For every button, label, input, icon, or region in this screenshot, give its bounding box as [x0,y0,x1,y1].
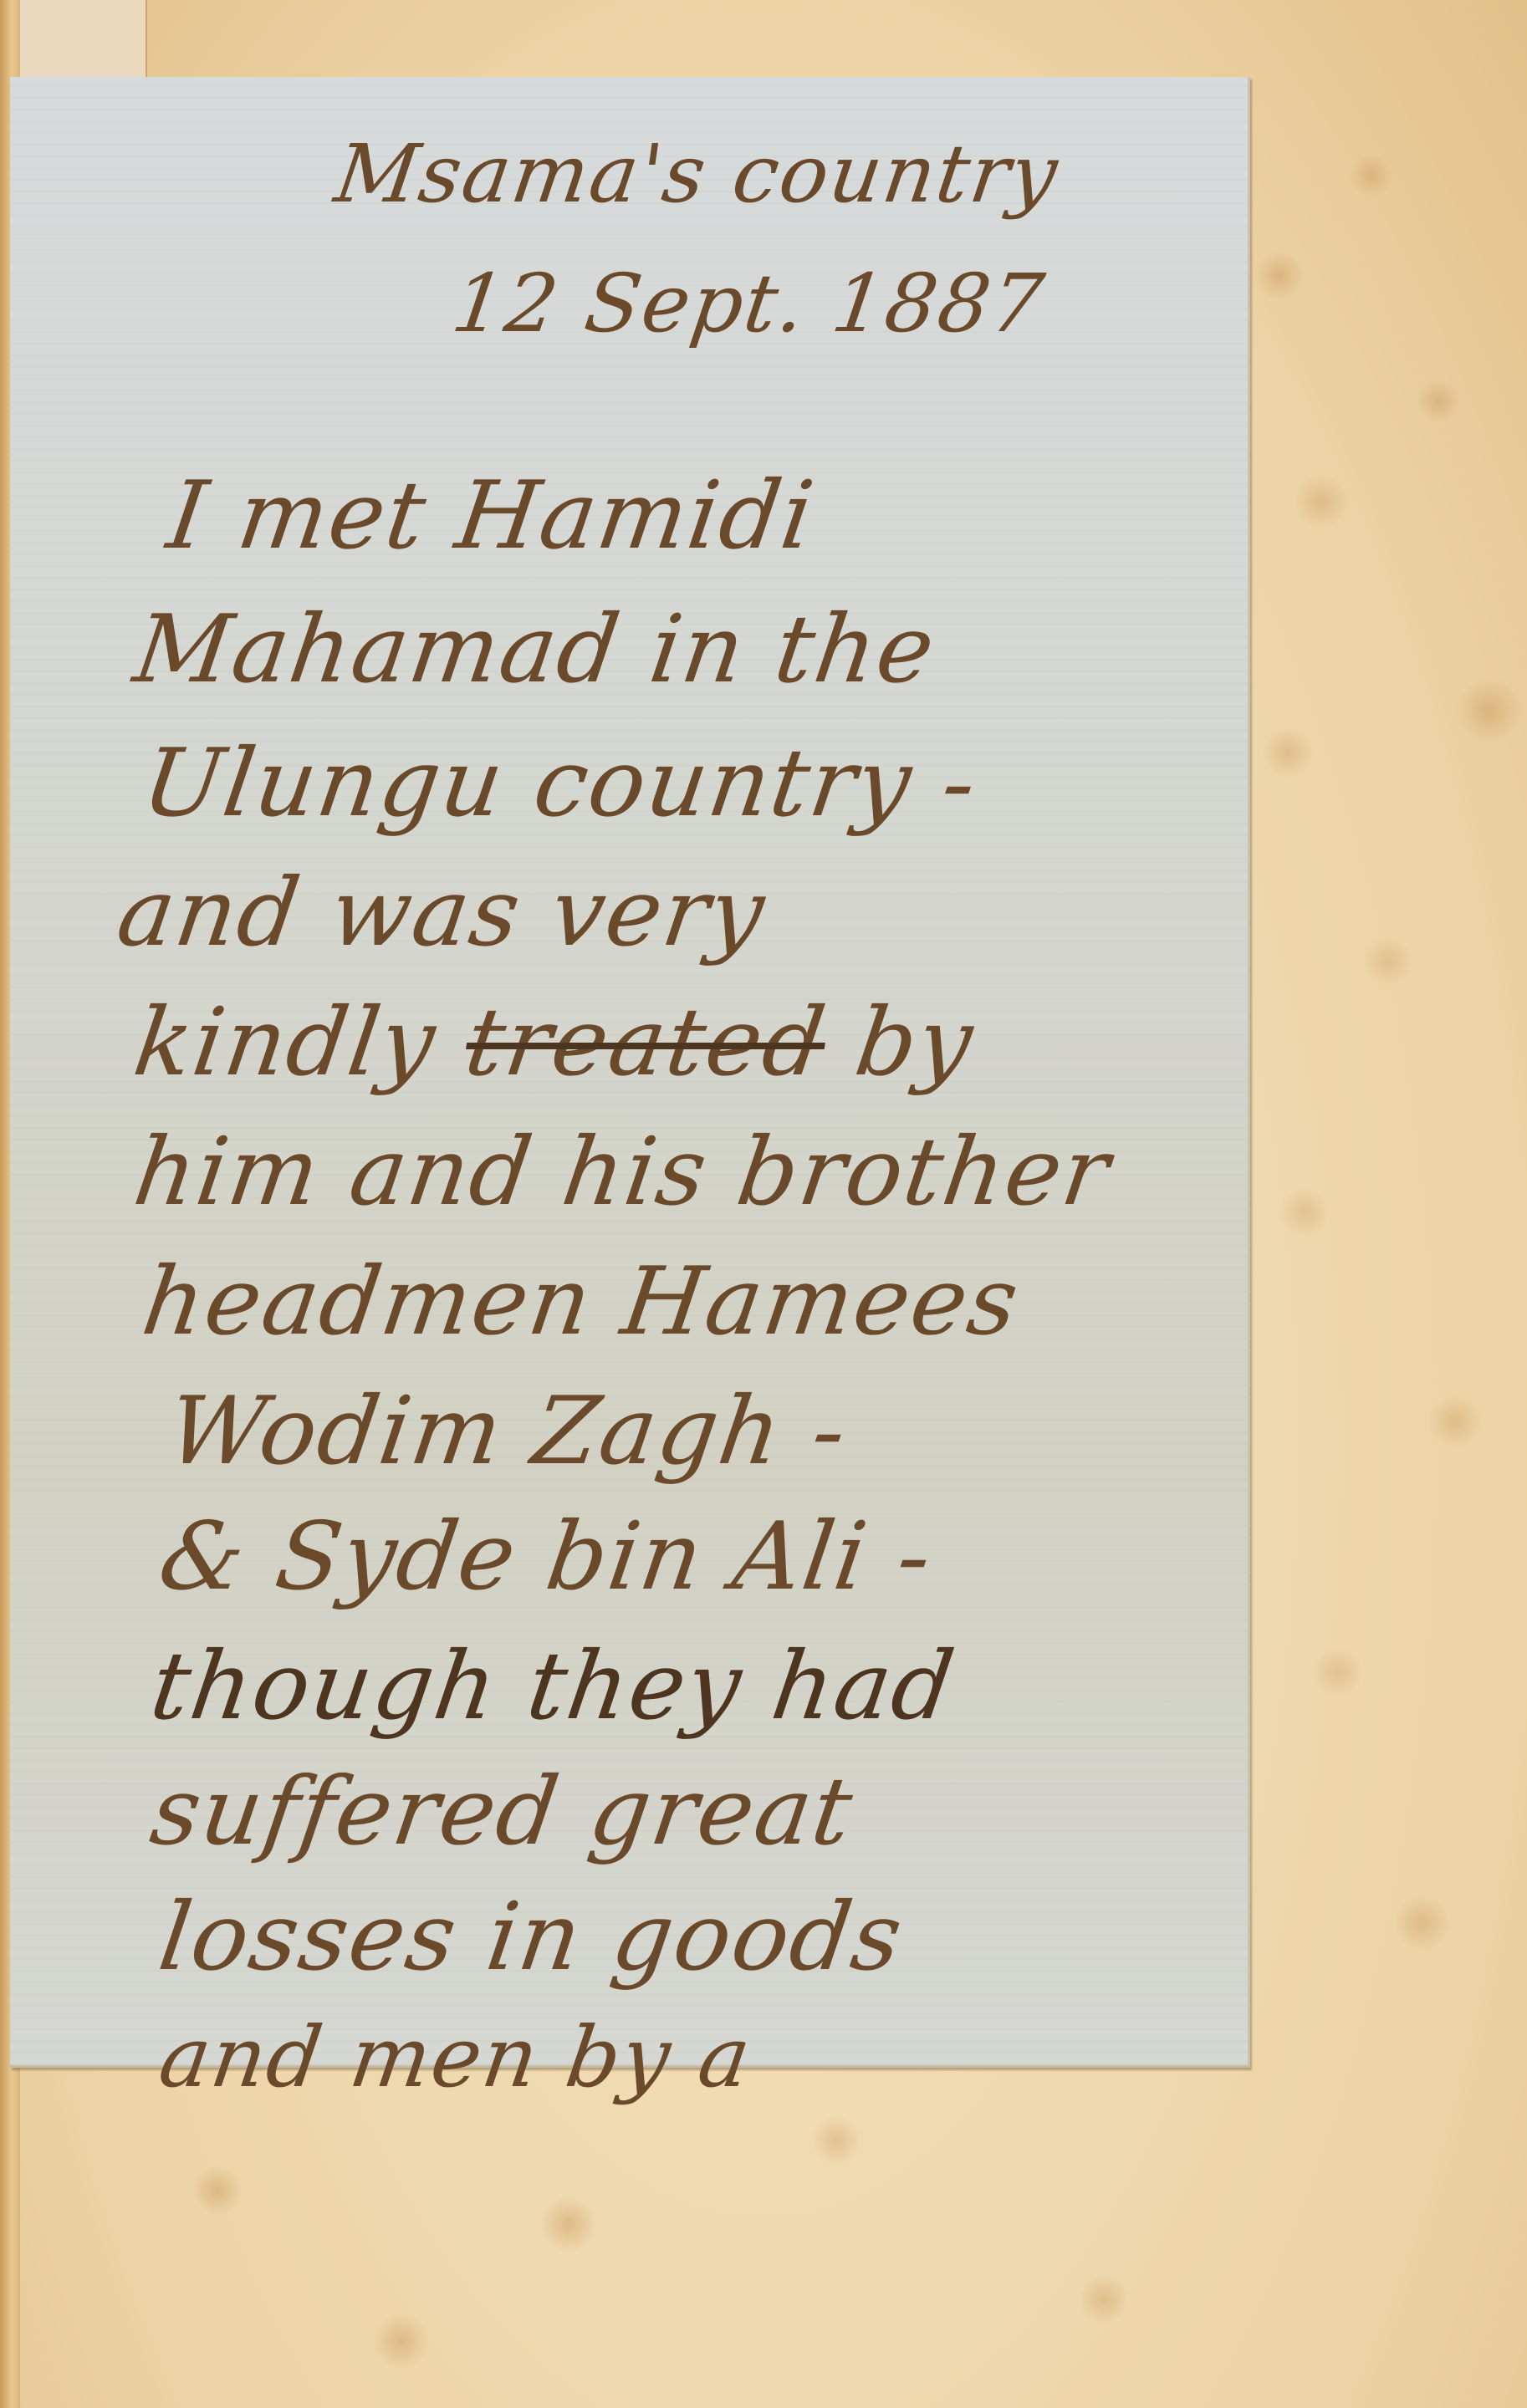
letter-line-7: headmen Hamees [136,1247,1026,1356]
letter-line-13: and men by a [154,2008,758,2106]
letter-line-5-start: kindly [128,988,474,1097]
letter-line-2: Mahamad in the [128,595,942,704]
letter-place-heading: Msama's country [329,127,1065,221]
torn-paper-remnant [20,0,147,80]
letter-line-6: him and his brother [128,1118,1117,1227]
letter-sheet: Msama's country 12 Sept. 1887 I met Hami… [10,77,1250,2068]
letter-line-8: Wodim Zagh - [161,1377,854,1486]
letter-line-5: kindly treated by [128,988,981,1097]
letter-line-12: losses in goods [153,1883,910,1992]
letter-line-9: & Syde bin Ali - [153,1502,939,1611]
letter-line-11: suffered great [145,1758,860,1866]
struck-word: treated [459,988,833,1097]
letter-line-4: and was very [111,859,773,967]
letter-line-5-end: by [818,988,981,1097]
letter-date: 12 Sept. 1887 [447,257,1050,350]
letter-line-1: I met Hamidi [161,462,821,570]
letter-line-3: Ulungu country - [136,729,984,838]
letter-line-10: though they had [145,1632,962,1741]
